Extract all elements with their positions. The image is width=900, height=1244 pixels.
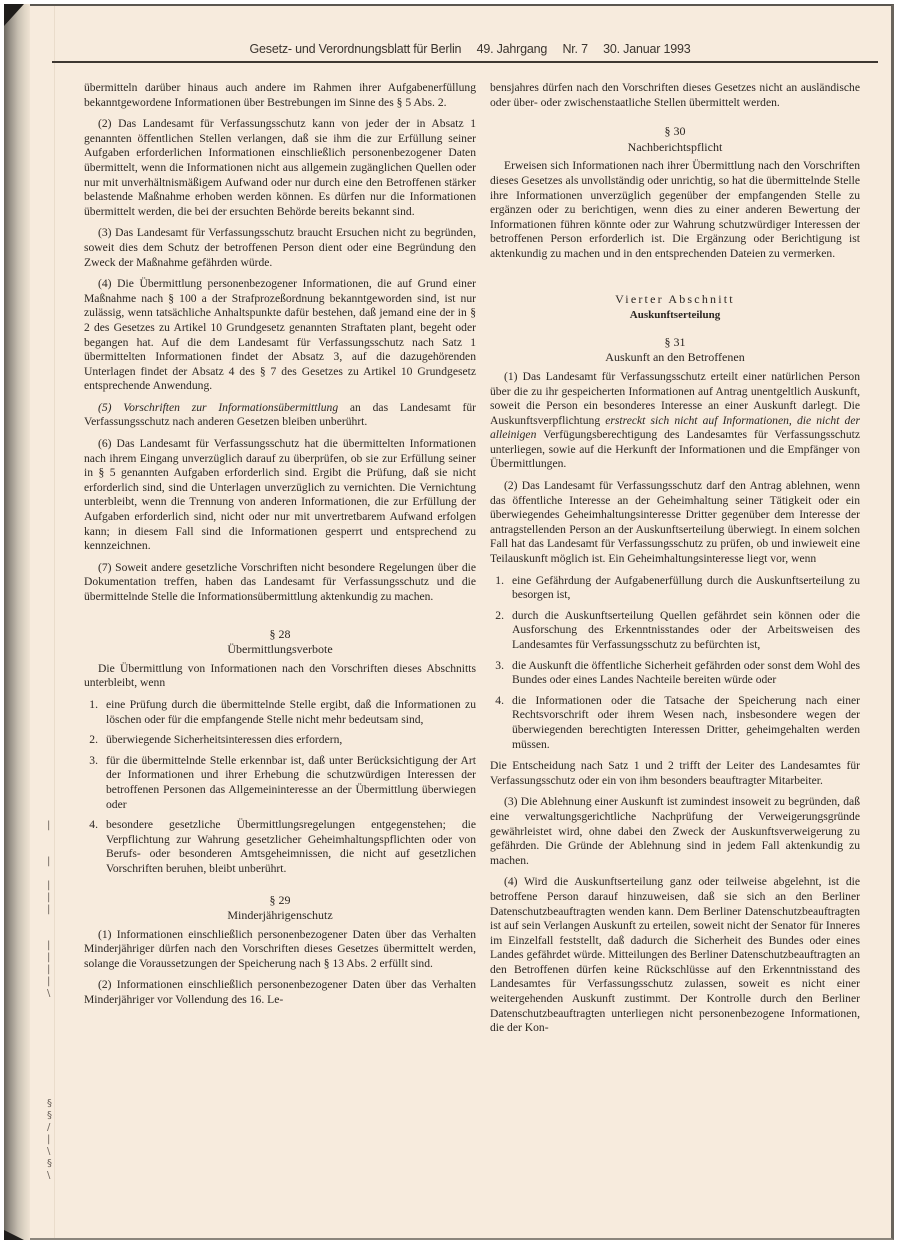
issue-number: Nr. 7	[562, 42, 587, 56]
chapter-subtitle: Auskunftserteilung	[490, 308, 860, 323]
paragraph-5-italic: (5) Vorschriften zur Informationsübermit…	[98, 401, 338, 414]
section-31-title: Auskunft an den Betroffenen	[490, 350, 860, 365]
chapter-title: Vierter Abschnitt	[490, 292, 860, 307]
list-item: 1.eine Prüfung durch die übermittelnde S…	[84, 698, 476, 727]
section-28-number: § 28	[84, 627, 476, 642]
paragraph-3: (3) Das Landesamt für Verfassungsschutz …	[84, 226, 476, 270]
book-binding-edge	[4, 4, 30, 1240]
list-item: 3.für die übermittelnde Stelle erkennbar…	[84, 754, 476, 812]
list-item: 4.besondere gesetzliche Übermittlungsreg…	[84, 818, 476, 876]
paragraph-6: (6) Das Landesamt für Verfassungsschutz …	[84, 437, 476, 554]
section-31-paragraph-3: (3) Die Ablehnung einer Auskunft ist zum…	[490, 795, 860, 868]
section-29-number: § 29	[84, 893, 476, 908]
paragraph-5: (5) Vorschriften zur Informationsübermit…	[84, 401, 476, 430]
publication-title: Gesetz- und Verordnungsblatt für Berlin	[250, 42, 462, 56]
page-edge-line	[54, 6, 55, 1238]
list-item: 1.eine Gefährdung der Aufgabenerfüllung …	[490, 574, 860, 603]
section-31-paragraph-2-tail: Die Entscheidung nach Satz 1 und 2 triff…	[490, 759, 860, 788]
section-31-paragraph-2: (2) Das Landesamt für Verfassungsschutz …	[490, 479, 860, 567]
section-30-paragraph: Erweisen sich Informationen nach ihrer Ü…	[490, 159, 860, 261]
list-item: 3.die Auskunft die öffentliche Sicherhei…	[490, 659, 860, 688]
running-header: Gesetz- und Verordnungsblatt für Berlin …	[50, 42, 890, 56]
paragraph-2: (2) Das Landesamt für Verfassungsschutz …	[84, 117, 476, 219]
section-31-list: 1.eine Gefährdung der Aufgabenerfüllung …	[490, 574, 860, 753]
list-item: 4.die Informationen oder die Tatsache de…	[490, 694, 860, 752]
section-31-number: § 31	[490, 335, 860, 350]
margin-annotation-marks-lower: §§/|\§\	[47, 1098, 55, 1182]
issue-date: 30. Januar 1993	[603, 42, 690, 56]
paragraph-7: (7) Soweit andere gesetzliche Vorschrift…	[84, 561, 476, 605]
paragraph-continuation: bensjahres dürfen nach den Vorschriften …	[490, 81, 860, 110]
section-30-number: § 30	[490, 124, 860, 139]
section-29-title: Minderjährigenschutz	[84, 908, 476, 923]
section-31-paragraph-4: (4) Wird die Auskunftserteilung ganz ode…	[490, 875, 860, 1036]
left-column: übermitteln darüber hinaus auch andere i…	[84, 81, 476, 1015]
section-28-intro: Die Übermittlung von Informationen nach …	[84, 662, 476, 691]
section-29-paragraph-2: (2) Informationen einschließlich persone…	[84, 978, 476, 1007]
section-28-title: Übermittlungsverbote	[84, 642, 476, 657]
section-29-paragraph-1: (1) Informationen einschließlich persone…	[84, 928, 476, 972]
list-item: 2.durch die Auskunftserteilung Quellen g…	[490, 609, 860, 653]
header-rule	[52, 61, 878, 63]
list-item: 2.überwiegende Sicherheitsinteressen die…	[84, 733, 476, 748]
paragraph-continuation: übermitteln darüber hinaus auch andere i…	[84, 81, 476, 110]
paragraph-4: (4) Die Übermittlung personenbezogener I…	[84, 277, 476, 394]
section-28-list: 1.eine Prüfung durch die übermittelnde S…	[84, 698, 476, 877]
section-31-paragraph-1: (1) Das Landesamt für Verfassungsschutz …	[490, 370, 860, 472]
volume: 49. Jahrgang	[477, 42, 548, 56]
margin-annotation-marks: | | ||| ||||\	[47, 820, 55, 1000]
right-column: bensjahres dürfen nach den Vorschriften …	[490, 81, 860, 1043]
section-30-title: Nachberichtspflicht	[490, 140, 860, 155]
